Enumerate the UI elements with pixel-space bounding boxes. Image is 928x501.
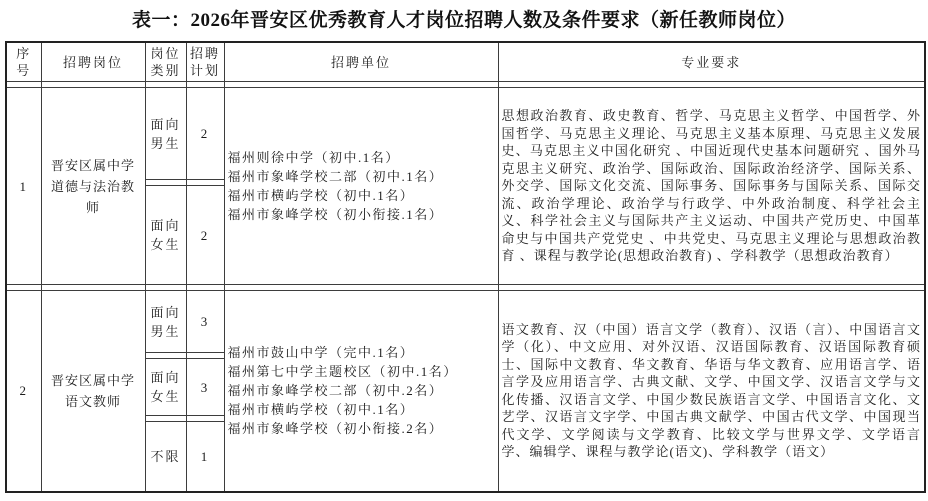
units-cell: 福州则徐中学（初中.1名） 福州市象峰学校二部（初中.1名） 福州市横屿学校（初… (224, 88, 498, 285)
position-cell: 晋安区属中学道德与法治教师 (41, 88, 145, 285)
page-title: 表一：2026年晋安区优秀教育人才岗位招聘人数及条件要求（新任教师岗位） (0, 0, 928, 33)
unit-line: 福州市象峰学校（初小衔接.1名） (228, 205, 495, 224)
column-header-category: 岗位类别 (145, 42, 186, 82)
unit-line: 福州市横屿学校（初中.1名） (228, 400, 495, 419)
column-header-units: 招聘单位 (224, 42, 498, 82)
plan-cell: 3 (186, 359, 224, 416)
unit-line: 福州市象峰学校二部（初中.2名） (228, 381, 495, 400)
category-cell: 面向男生 (145, 88, 186, 180)
table-row: 2 晋安区属中学语文教师 面向男生 3 福州市鼓山中学（完中.1名） 福州第七中… (6, 291, 925, 353)
requirements-cell: 语文教育、汉（中国）语言文学（教育）、汉语（言）、中国语言文学（化）、中文应用、… (498, 291, 925, 492)
plan-cell: 1 (186, 422, 224, 492)
category-cell: 不限 (145, 422, 186, 492)
requirements-cell: 思想政治教育、政史教育、哲学、马克思主义哲学、中国哲学、外国哲学、马克思主义理论… (498, 88, 925, 285)
seq-cell: 2 (6, 291, 41, 492)
header-row: 序号 招聘岗位 岗位类别 招聘计划 招聘单位 专业要求 (6, 42, 925, 82)
recruitment-table: 序号 招聘岗位 岗位类别 招聘计划 招聘单位 专业要求 1 晋安区属中学道德与法… (5, 41, 926, 493)
column-header-seq: 序号 (6, 42, 41, 82)
unit-line: 福州市象峰学校（初小衔接.2名） (228, 419, 495, 438)
unit-line: 福州则徐中学（初中.1名） (228, 148, 495, 167)
table-row: 1 晋安区属中学道德与法治教师 面向男生 2 福州则徐中学（初中.1名） 福州市… (6, 88, 925, 180)
category-cell: 面向女生 (145, 359, 186, 416)
position-cell: 晋安区属中学语文教师 (41, 291, 145, 492)
column-header-requirements: 专业要求 (498, 42, 925, 82)
plan-cell: 3 (186, 291, 224, 353)
column-header-plan: 招聘计划 (186, 42, 224, 82)
category-cell: 面向女生 (145, 186, 186, 285)
unit-line: 福州第七中学主题校区（初中.1名） (228, 362, 495, 381)
unit-line: 福州市横屿学校（初中.1名） (228, 186, 495, 205)
category-cell: 面向男生 (145, 291, 186, 353)
plan-cell: 2 (186, 186, 224, 285)
unit-line: 福州市象峰学校二部（初中.1名） (228, 167, 495, 186)
units-cell: 福州市鼓山中学（完中.1名） 福州第七中学主题校区（初中.1名） 福州市象峰学校… (224, 291, 498, 492)
unit-line: 福州市鼓山中学（完中.1名） (228, 343, 495, 362)
plan-cell: 2 (186, 88, 224, 180)
seq-cell: 1 (6, 88, 41, 285)
column-header-position: 招聘岗位 (41, 42, 145, 82)
